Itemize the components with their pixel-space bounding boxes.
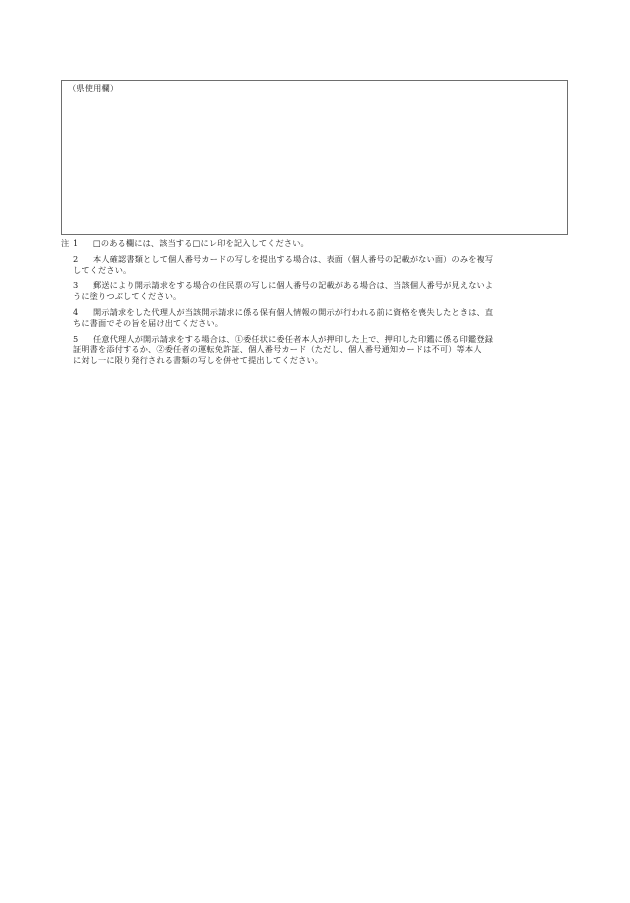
note-text: 郵送により開示請求をする場合の住民票の写しに個人番号の記載がある場合は、当該個人… <box>93 280 493 291</box>
note-item-4: 4 開示請求をした代理人が当該開示請求に係る保有個人情報の開示が行われる前に資格… <box>61 307 581 329</box>
note-item-1: 注 1 □のある欄には、該当する□にレ印を記入してください。 <box>61 238 581 249</box>
note-number: 5 <box>73 334 93 345</box>
note-text-continuation: ちに書面でその旨を届け出てください。 <box>61 318 581 329</box>
note-text-continuation: うに塗りつぶしてください。 <box>61 291 581 302</box>
note-text: 任意代理人が開示請求をする場合は、①委任状に委任者本人が押印した上で、押印した印… <box>93 334 493 345</box>
note-text-continuation: してください。 <box>61 265 581 276</box>
note-text: 開示請求をした代理人が当該開示請求に係る保有個人情報の開示が行われる前に資格を喪… <box>93 307 493 318</box>
office-use-box-label: （県使用欄） <box>68 83 118 94</box>
note-number: 3 <box>73 280 93 291</box>
notes-prefix: 注 <box>61 238 73 249</box>
note-number: 2 <box>73 254 93 265</box>
note-item-5: 5 任意代理人が開示請求をする場合は、①委任状に委任者本人が押印した上で、押印し… <box>61 334 581 366</box>
note-text: □のある欄には、該当する□にレ印を記入してください。 <box>93 238 309 249</box>
note-item-2: 2 本人確認書類として個人番号カードの写しを提出する場合は、表面（個人番号の記載… <box>61 254 581 276</box>
note-number: 1 <box>73 238 93 249</box>
note-number: 4 <box>73 307 93 318</box>
note-text-continuation: 証明書を添付するか、②委任者の運転免許証、個人番号カード（ただし、個人番号通知カ… <box>61 344 581 355</box>
note-text-continuation: に対し一に限り発行される書類の写しを併せて提出してください。 <box>61 355 581 366</box>
document-page: （県使用欄） 注 1 □のある欄には、該当する□にレ印を記入してください。 2 … <box>0 0 630 903</box>
office-use-box: （県使用欄） <box>61 80 568 235</box>
note-item-3: 3 郵送により開示請求をする場合の住民票の写しに個人番号の記載がある場合は、当該… <box>61 280 581 302</box>
notes-section: 注 1 □のある欄には、該当する□にレ印を記入してください。 2 本人確認書類と… <box>61 238 581 366</box>
note-text: 本人確認書類として個人番号カードの写しを提出する場合は、表面（個人番号の記載がな… <box>93 254 493 265</box>
